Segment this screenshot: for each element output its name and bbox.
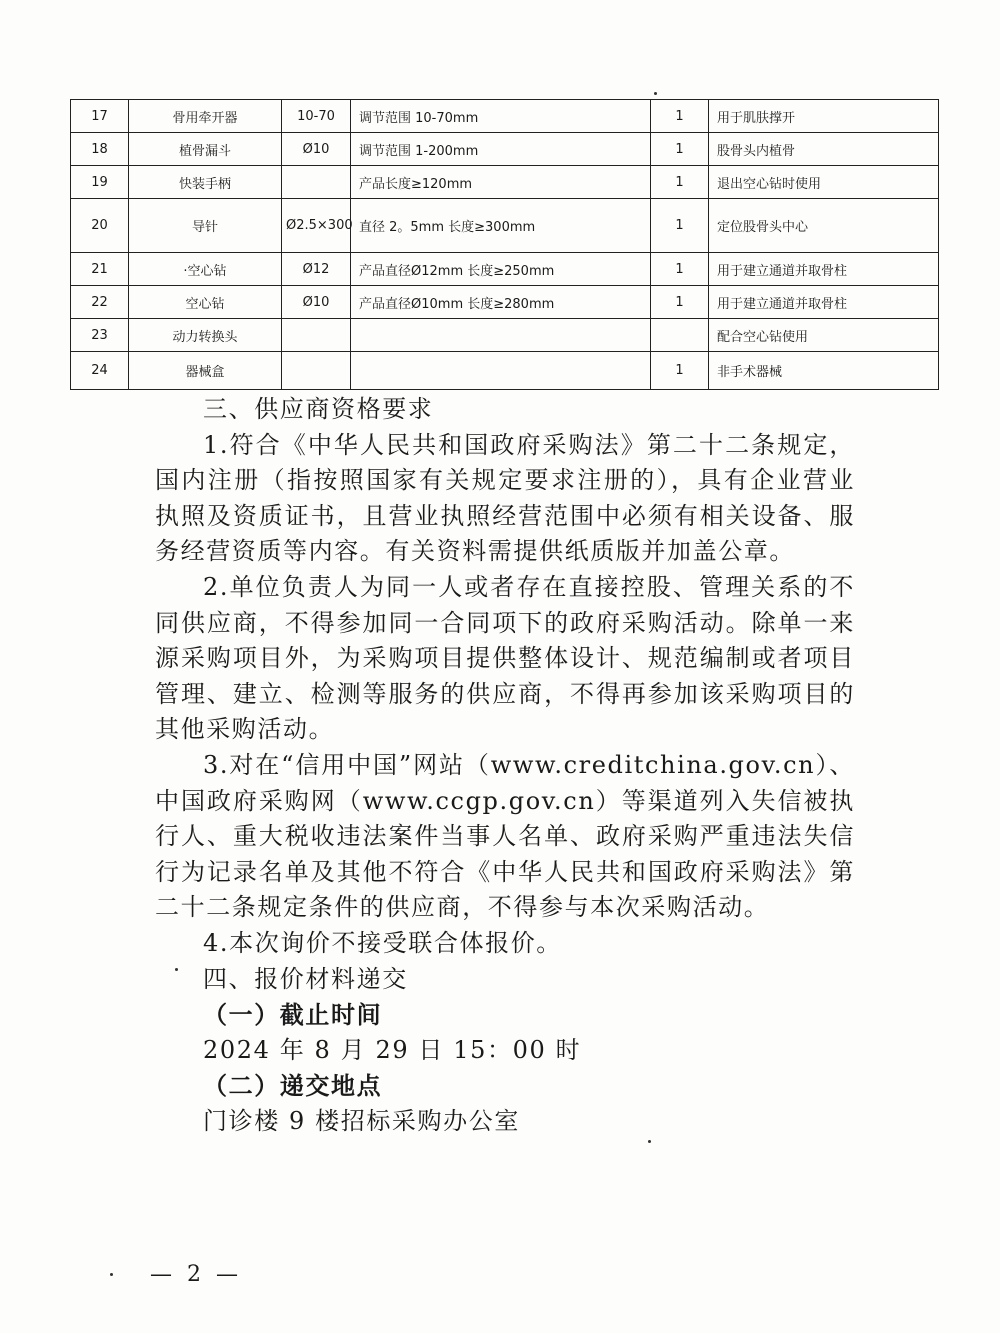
item-note: 用于建立通道并取骨柱 [709, 286, 939, 319]
item-spec [282, 352, 351, 390]
item-note: 股骨头内植骨 [709, 133, 939, 166]
item-name: ·空心钻 [129, 253, 282, 286]
item-name: 植骨漏斗 [129, 133, 282, 166]
item-param: 直径 2。5mm 长度≥300mm [351, 199, 651, 253]
row-no: 19 [71, 166, 129, 199]
scan-speck [648, 1140, 651, 1143]
row-no: 23 [71, 319, 129, 352]
item-note: 非手术器械 [709, 352, 939, 390]
table-row: 18 植骨漏斗 Ø10 调节范围 1-200mm 1 股骨头内植骨 [71, 133, 939, 166]
location-label: （二）递交地点 [155, 1068, 855, 1104]
page-number: — 2 — [150, 1262, 242, 1287]
item-qty: 1 [651, 166, 709, 199]
item-name: 骨用牵开器 [129, 100, 282, 133]
item-param: 产品直径Ø12mm 长度≥250mm [351, 253, 651, 286]
scan-speck [654, 92, 657, 95]
table-row: 23 动力转换头 配合空心钻使用 [71, 319, 939, 352]
row-no: 22 [71, 286, 129, 319]
item-param: 产品直径Ø10mm 长度≥280mm [351, 286, 651, 319]
item-param: 调节范围 1-200mm [351, 133, 651, 166]
item-note: 配合空心钻使用 [709, 319, 939, 352]
item-spec: Ø12 [282, 253, 351, 286]
requirement-3: 3.对在“信用中国”网站（www.creditchina.gov.cn）、中国政… [155, 748, 855, 926]
table-row: 17 骨用牵开器 10-70 调节范围 10-70mm 1 用于肌肤撑开 [71, 100, 939, 133]
item-spec [282, 319, 351, 352]
row-no: 17 [71, 100, 129, 133]
item-spec: Ø10 [282, 133, 351, 166]
item-param [351, 352, 651, 390]
item-qty: 1 [651, 253, 709, 286]
deadline-label: （一）截止时间 [155, 997, 855, 1033]
item-name: 动力转换头 [129, 319, 282, 352]
row-no: 21 [71, 253, 129, 286]
document-body: 三、供应商资格要求 1.符合《中华人民共和国政府采购法》第二十二条规定，国内注册… [155, 392, 855, 1139]
equipment-table: 17 骨用牵开器 10-70 调节范围 10-70mm 1 用于肌肤撑开 18 … [70, 99, 939, 390]
scan-speck [175, 968, 178, 971]
requirement-2: 2.单位负责人为同一人或者存在直接控股、管理关系的不同供应商，不得参加同一合同项… [155, 570, 855, 748]
table-row: 22 空心钻 Ø10 产品直径Ø10mm 长度≥280mm 1 用于建立通道并取… [71, 286, 939, 319]
item-param [351, 319, 651, 352]
table-row: 24 器械盒 1 非手术器械 [71, 352, 939, 390]
item-note: 定位股骨头中心 [709, 199, 939, 253]
item-param: 产品长度≥120mm [351, 166, 651, 199]
section-heading-submission: 四、报价材料递交 [155, 962, 855, 998]
item-qty [651, 319, 709, 352]
item-spec: 10-70 [282, 100, 351, 133]
deadline-value: 2024 年 8 月 29 日 15：00 时 [155, 1033, 855, 1069]
item-note: 用于建立通道并取骨柱 [709, 253, 939, 286]
scan-speck [110, 1273, 113, 1276]
item-qty: 1 [651, 199, 709, 253]
section-heading-supplier-qualifications: 三、供应商资格要求 [155, 392, 855, 428]
item-name: 导针 [129, 199, 282, 253]
requirement-4: 4.本次询价不接受联合体报价。 [155, 926, 855, 962]
item-name: 快装手柄 [129, 166, 282, 199]
item-name: 空心钻 [129, 286, 282, 319]
item-name: 器械盒 [129, 352, 282, 390]
table-row: 20 导针 Ø2.5×300 直径 2。5mm 长度≥300mm 1 定位股骨头… [71, 199, 939, 253]
item-qty: 1 [651, 133, 709, 166]
table-row: 21 ·空心钻 Ø12 产品直径Ø12mm 长度≥250mm 1 用于建立通道并… [71, 253, 939, 286]
row-no: 20 [71, 199, 129, 253]
location-value: 门诊楼 9 楼招标采购办公室 [155, 1104, 855, 1140]
item-qty: 1 [651, 286, 709, 319]
row-no: 24 [71, 352, 129, 390]
item-spec: Ø2.5×300 [282, 199, 351, 253]
row-no: 18 [71, 133, 129, 166]
item-qty: 1 [651, 352, 709, 390]
item-param: 调节范围 10-70mm [351, 100, 651, 133]
item-spec [282, 166, 351, 199]
item-note: 退出空心钻时使用 [709, 166, 939, 199]
table-row: 19 快装手柄 产品长度≥120mm 1 退出空心钻时使用 [71, 166, 939, 199]
item-note: 用于肌肤撑开 [709, 100, 939, 133]
requirement-1: 1.符合《中华人民共和国政府采购法》第二十二条规定，国内注册（指按照国家有关规定… [155, 428, 855, 570]
item-spec: Ø10 [282, 286, 351, 319]
item-qty: 1 [651, 100, 709, 133]
